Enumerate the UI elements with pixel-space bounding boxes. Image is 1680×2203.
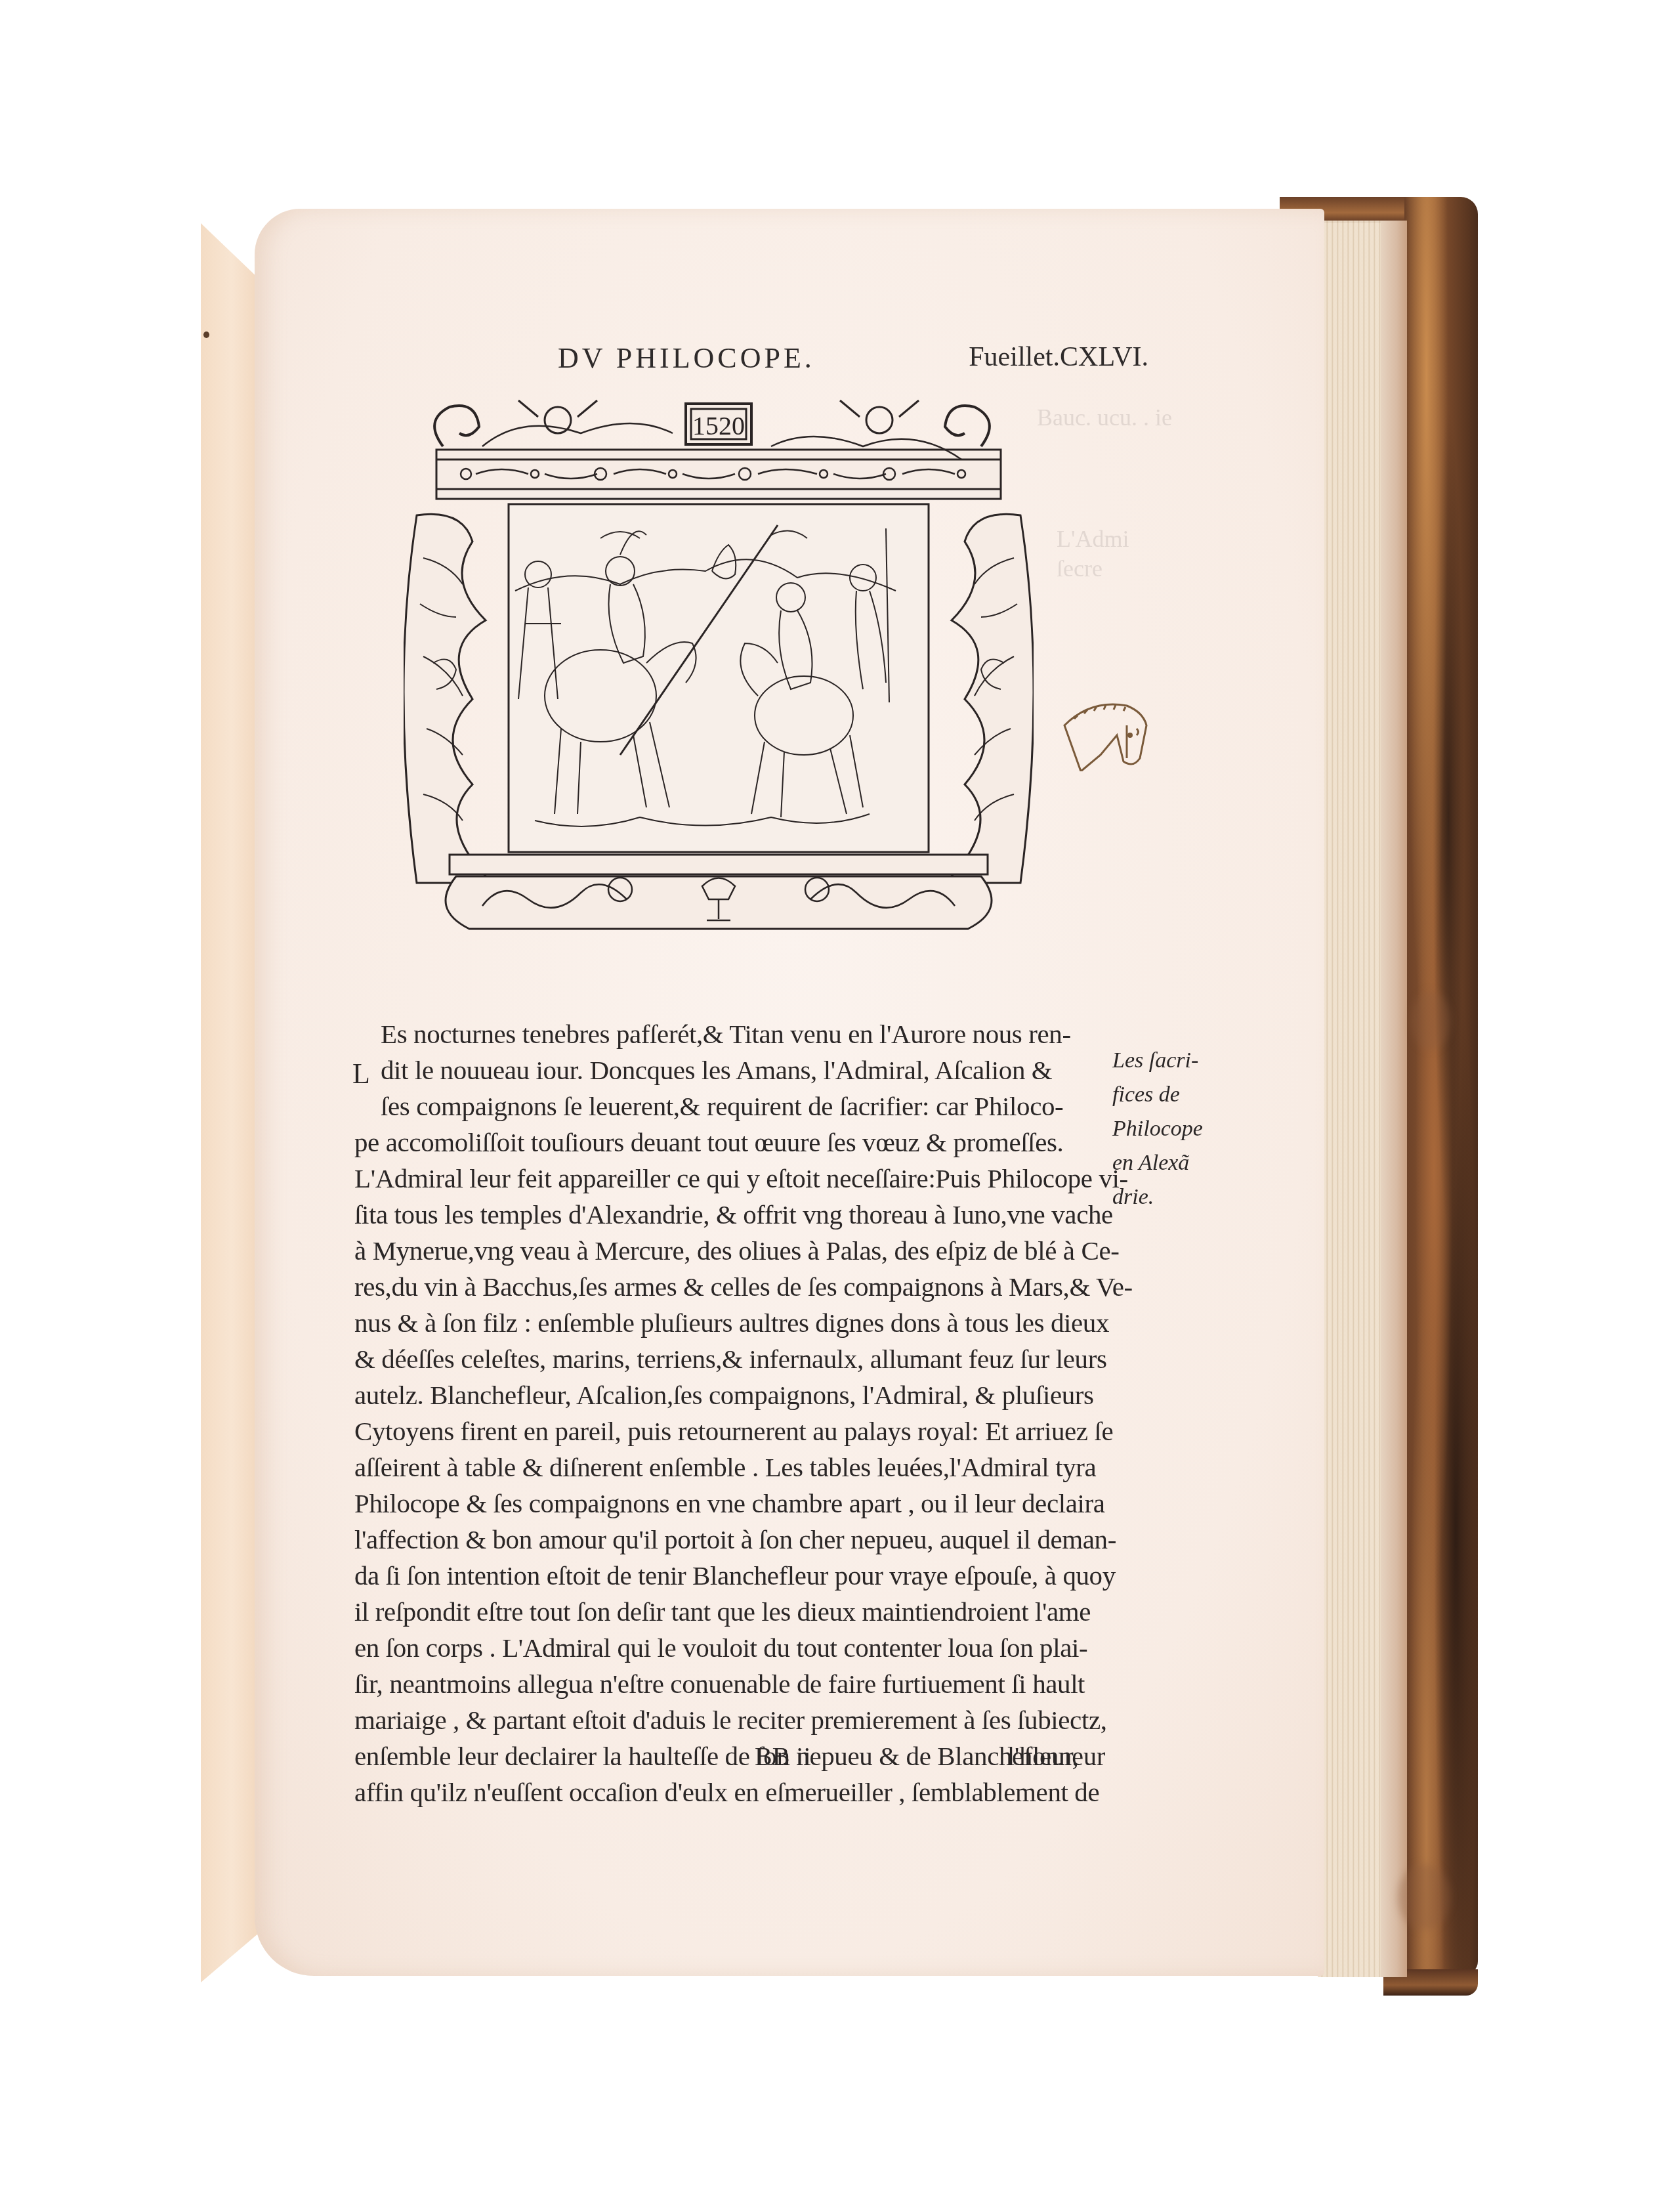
folio-number: Fueillet.CXLVI.: [969, 341, 1148, 373]
text-line: autelz. Blanchefleur, Aſcalion,ſes compa…: [354, 1382, 1094, 1409]
text-line: ſita tous les temples d'Alexandrie, & of…: [354, 1201, 1113, 1228]
initial-letter: L: [352, 1057, 370, 1090]
text-line: il reſpondit eſtre tout ſon deſir tant q…: [354, 1598, 1091, 1625]
woodcut-illustration: 1520: [404, 387, 1034, 935]
catchword: l'honneur: [1007, 1741, 1105, 1772]
text-line: en ſon corps . L'Admiral qui le vouloit …: [354, 1635, 1087, 1661]
text-line: pe accomoliſſoit touſiours deuant tout œ…: [354, 1129, 1063, 1156]
book-photograph: Bauc. ucu. . ie L'Admi ſecre DV PHILOCOP…: [0, 0, 1680, 2203]
text-line: nus & à ſon filz : enſemble pluſieurs au…: [354, 1310, 1109, 1337]
horse-head-doodle-icon: [1058, 686, 1163, 771]
pastedown-edge: [1381, 221, 1407, 1977]
marginal-note-line: drie.: [1112, 1180, 1230, 1214]
text-line: à Mynerue,vng veau à Mercure, des oliues…: [354, 1237, 1119, 1264]
text-line: Cytoyens firent en pareil, puis retourne…: [354, 1418, 1113, 1445]
paper-blemish: [203, 332, 209, 338]
water-stain: [1398, 1864, 1450, 1930]
marginal-note-line: fices de: [1112, 1078, 1230, 1112]
left-flyleaf-edge: [201, 223, 262, 1982]
marginal-note-line: en Alexã: [1112, 1146, 1230, 1180]
text-line: ſes compaignons ſe leuerent,& requirent …: [381, 1093, 1063, 1120]
show-through-text: L'Admi: [1057, 525, 1129, 553]
text-line: ſir, neantmoins allegua n'eſtre conuenab…: [354, 1671, 1085, 1698]
text-line: enſemble leur declairer la haulteſſe de …: [354, 1743, 1078, 1770]
text-line: l'affection & bon amour qu'il portoit à …: [354, 1526, 1116, 1553]
show-through-text: ſecre: [1057, 555, 1102, 582]
text-block-fore-edge: [1318, 221, 1381, 1977]
leather-binding-spine: [1404, 197, 1478, 1975]
text-line: affin qu'ilz n'euſſent occaſion d'eulx e…: [354, 1779, 1099, 1806]
signature-mark: BB ii: [755, 1741, 811, 1772]
text-line: res,du vin à Bacchus,ſes armes & celles …: [354, 1273, 1133, 1300]
text-line: da ſi ſon intention eſtoit de tenir Blan…: [354, 1562, 1116, 1589]
text-line: aſſeirent à table & diſnerent enſemble .…: [354, 1454, 1096, 1481]
text-line: & déeſſes celeſtes, marins, terriens,& i…: [354, 1346, 1106, 1373]
text-line: dit le nouueau iour. Doncques les Amans,…: [381, 1057, 1052, 1084]
text-line: L'Admiral leur feit appareiller ce qui y…: [354, 1165, 1128, 1192]
text-line: Es nocturnes tenebres pafſerét,& Titan v…: [381, 1021, 1071, 1048]
svg-text:1520: 1520: [692, 411, 745, 440]
running-title: DV PHILOCOPE.: [558, 341, 815, 375]
marginal-note-line: Les ſacri-: [1112, 1044, 1230, 1078]
woodcut-knights-icon: 1520: [404, 387, 1034, 935]
marginal-note-line: Philocope: [1112, 1112, 1230, 1146]
marginal-note: Les ſacri- fices de Philocope en Alexã d…: [1112, 1044, 1230, 1214]
running-head: DV PHILOCOPE. Fueillet.CXLVI.: [558, 341, 1148, 387]
show-through-text: Bauc. ucu. . ie: [1037, 404, 1172, 431]
text-line: mariaige , & partant eſtoit d'aduis le r…: [354, 1707, 1107, 1734]
text-line: Philocope & ſes compaignons en vne chamb…: [354, 1490, 1105, 1517]
water-stain: [1411, 991, 1450, 1050]
